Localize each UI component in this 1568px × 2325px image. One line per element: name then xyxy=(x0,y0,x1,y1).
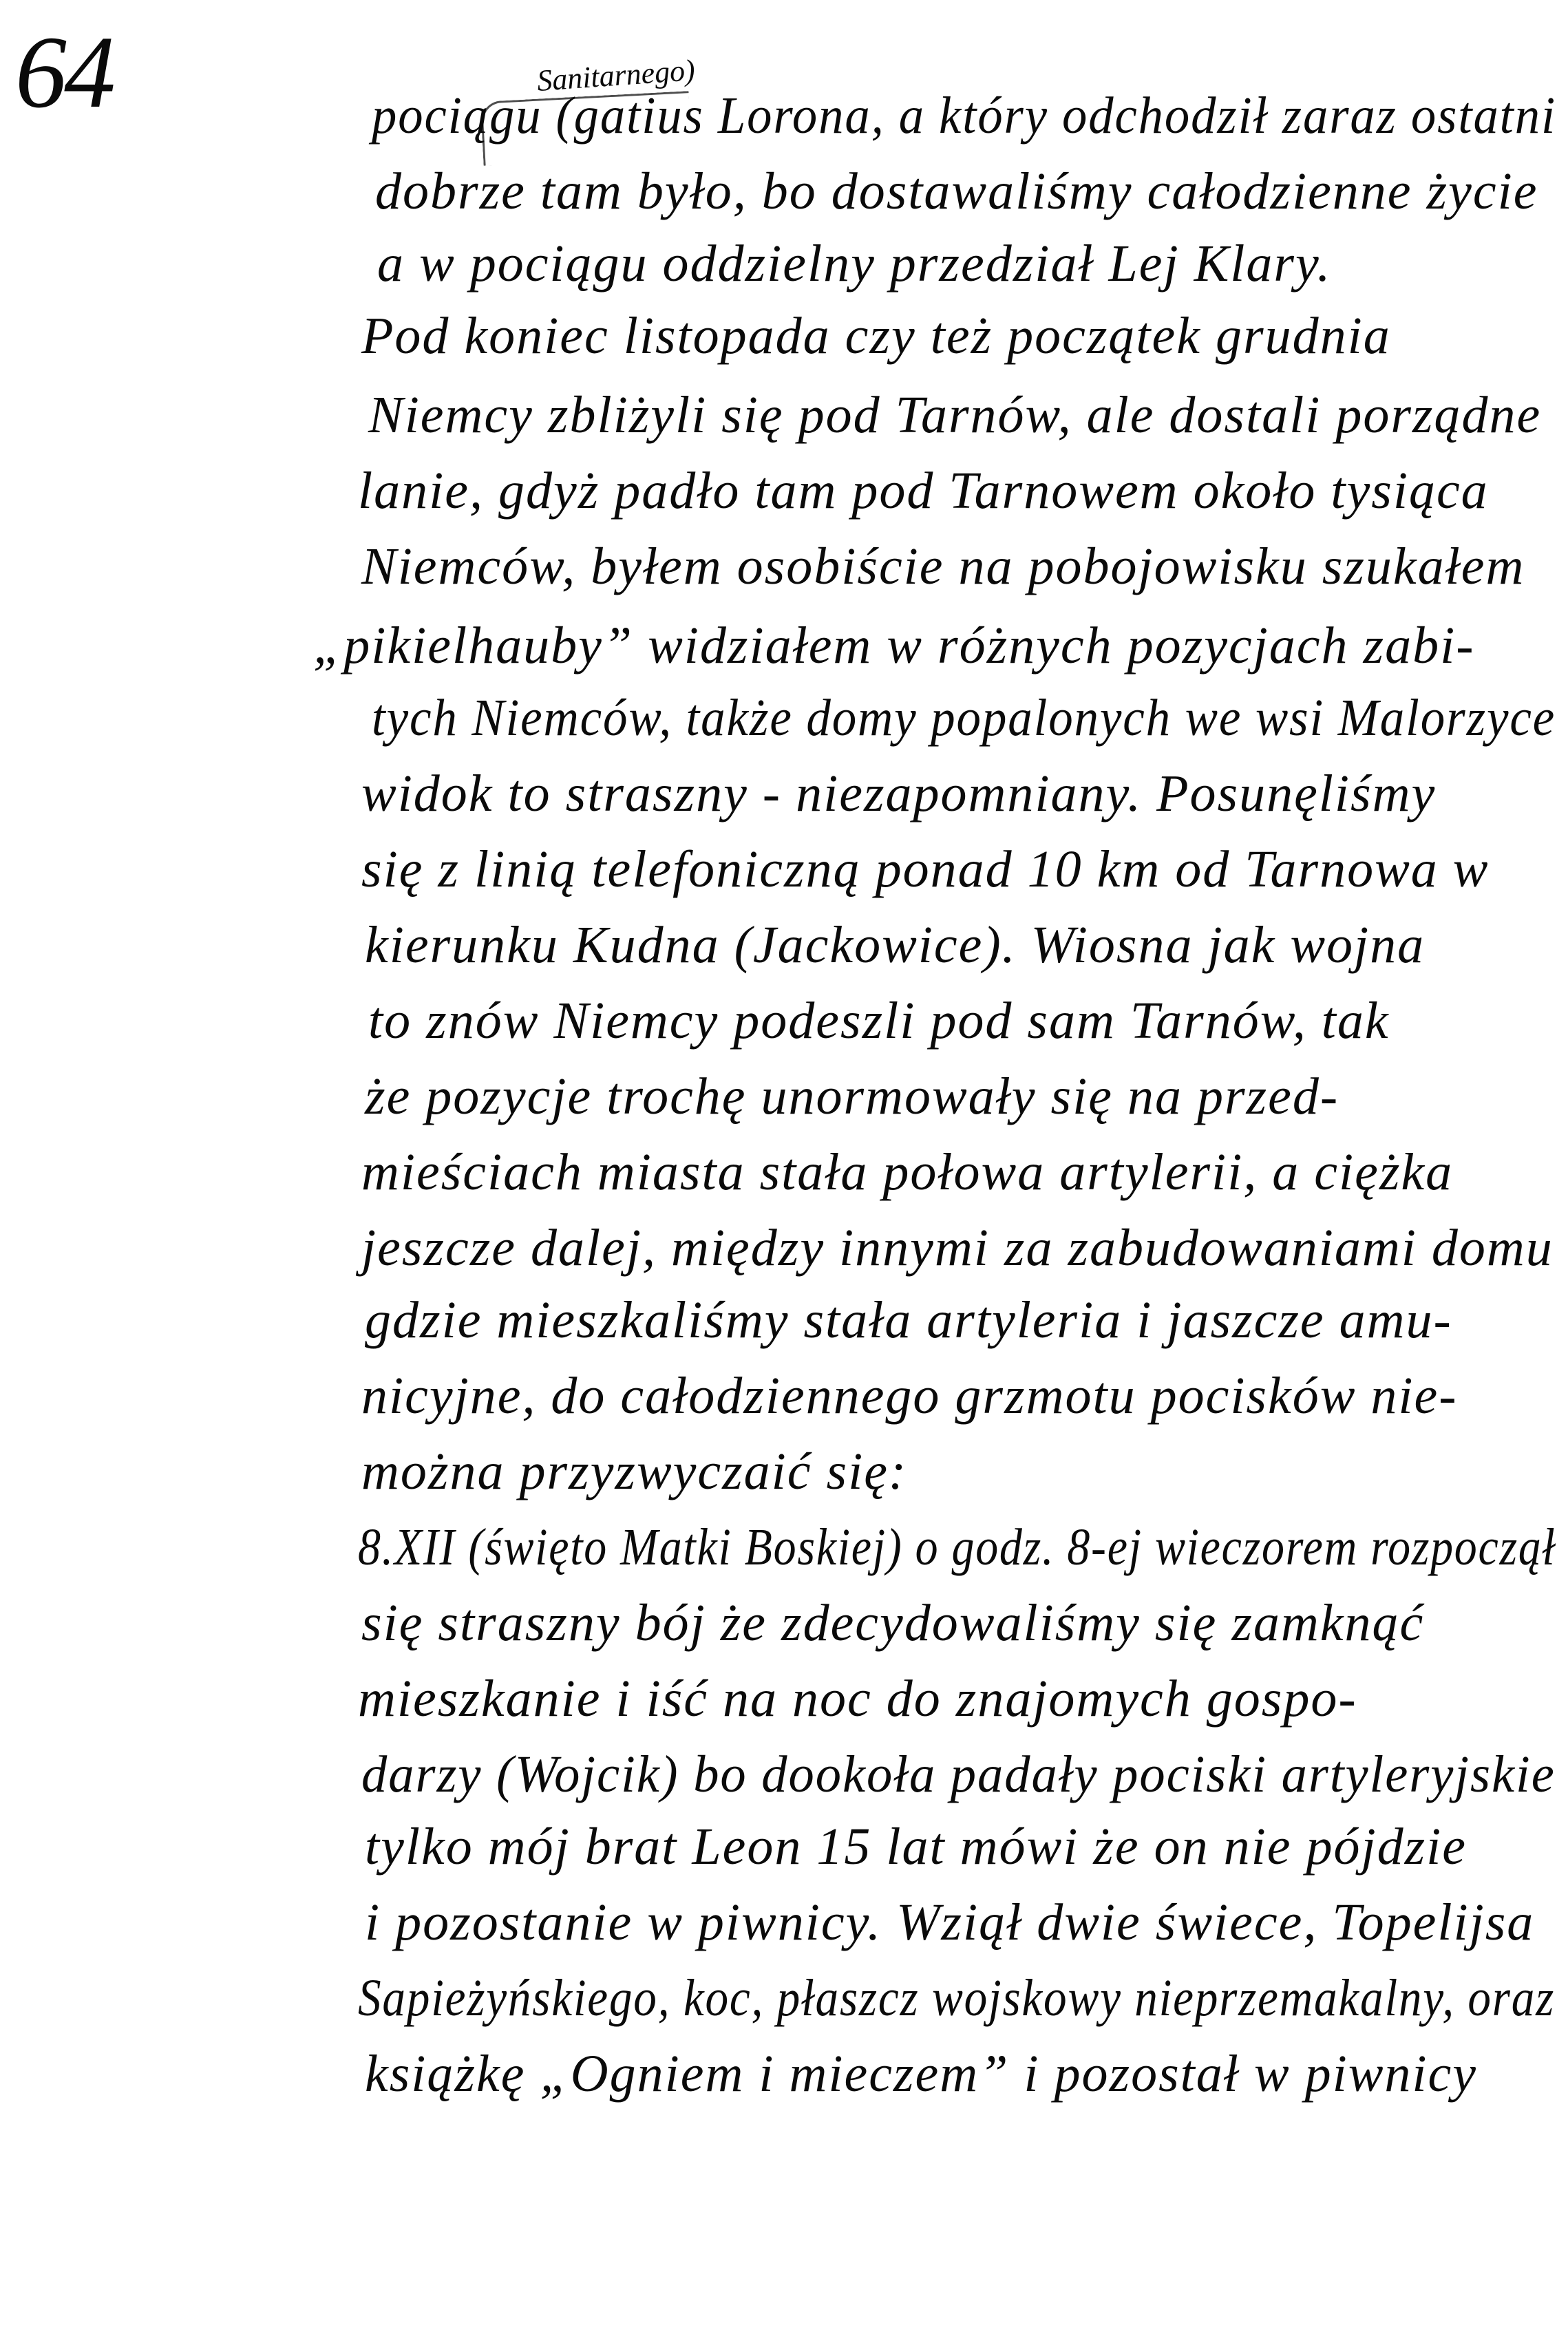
text-line: Niemcy zbliżyli się pod Tarnów, ale dost… xyxy=(368,389,1541,441)
text-line: lanie, gdyż padło tam pod Tarnowem około… xyxy=(358,465,1489,517)
text-line: Niemców, byłem osobiście na pobojowisku … xyxy=(361,540,1525,593)
text-line: tych Niemców, także domy popalonych we w… xyxy=(372,692,1556,744)
text-line: jeszcze dalej, między innymi za zabudowa… xyxy=(361,1222,1554,1274)
text-line: się straszny bój że zdecydowaliśmy się z… xyxy=(361,1597,1424,1649)
text-line: mieszkanie i iść na noc do znajomych gos… xyxy=(358,1673,1357,1725)
text-line: nicyjne, do całodziennego grzmotu pocisk… xyxy=(361,1370,1458,1422)
text-line: dobrze tam było, bo dostawaliśmy całodzi… xyxy=(375,165,1538,217)
manuscript-page: 64 Sanitarnego) pociągu (gatius Lorona, … xyxy=(0,0,1568,2325)
text-line: 8.XII (święto Matki Boskiej) o godz. 8-e… xyxy=(358,1521,1556,1573)
text-line: Pod koniec listopada czy też początek gr… xyxy=(361,310,1391,362)
text-line: książkę „Ogniem i mieczem” i pozostał w … xyxy=(365,2048,1477,2100)
text-line: mieściach miasta stała połowa artylerii,… xyxy=(361,1146,1453,1198)
text-line: się z linią telefoniczną ponad 10 km od … xyxy=(361,843,1489,895)
text-line: że pozycje trochę unormowały się na prze… xyxy=(365,1070,1339,1123)
text-line: Sapieżyńskiego, koc, płaszcz wojskowy ni… xyxy=(358,1972,1555,2024)
text-line: pociągu (gatius Lorona, a który odchodzi… xyxy=(372,89,1556,142)
text-line: „pikielhauby” widziałem w różnych pozycj… xyxy=(313,619,1475,672)
text-line: gdzie mieszkaliśmy stała artyleria i jas… xyxy=(365,1294,1452,1346)
handwritten-text-body: pociągu (gatius Lorona, a który odchodzi… xyxy=(0,0,1568,2325)
text-line: a w pociągu oddzielny przedział Lej Klar… xyxy=(377,237,1332,290)
text-line: kierunku Kudna (Jackowice). Wiosna jak w… xyxy=(365,919,1425,971)
text-line: i pozostanie w piwnicy. Wziął dwie świec… xyxy=(365,1896,1534,1949)
text-line: darzy (Wojcik) bo dookoła padały pociski… xyxy=(361,1748,1556,1801)
text-line: to znów Niemcy podeszli pod sam Tarnów, … xyxy=(368,995,1390,1047)
text-line: można przyzwyczaić się: xyxy=(361,1445,907,1498)
text-line: tylko mój brat Leon 15 lat mówi że on ni… xyxy=(365,1820,1467,1873)
text-line: widok to straszny - niezapomniany. Posun… xyxy=(361,767,1436,820)
